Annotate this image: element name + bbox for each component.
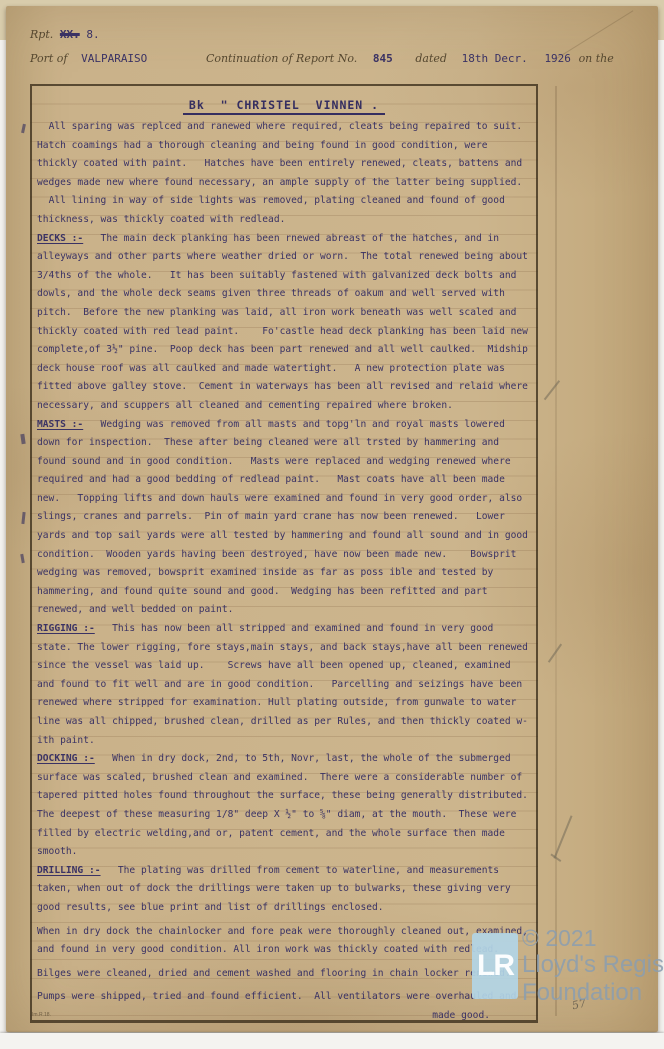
- rpt-struck-text: XX.: [60, 28, 80, 41]
- ink-mark: [21, 512, 25, 524]
- paper-crease: [555, 86, 557, 1016]
- paragraph-text: When in dry dock, 2nd, to 5th, Novr, las…: [37, 753, 538, 857]
- paragraph-text: Wedging was removed from all masts and t…: [37, 419, 534, 616]
- continuation-label: Continuation of Report No.: [206, 52, 357, 65]
- port-value: VALPARAISO: [81, 52, 147, 65]
- scanned-document: Rpt. XX. 8. Port of VALPARAISO Continuat…: [0, 0, 664, 1049]
- paragraph-text: This has now been all stripped and exami…: [37, 623, 534, 746]
- rpt-number: 8.: [86, 28, 99, 41]
- scan-bed-strip: [0, 1033, 664, 1049]
- rpt-label: Rpt.: [30, 28, 53, 41]
- report-box: Bk " CHRISTEL VINNEN . All sparing was r…: [30, 84, 538, 1023]
- paragraph-text: The plating was drilled from cement to w…: [37, 865, 516, 913]
- section-heading: DECKS :-: [37, 233, 83, 244]
- section-heading: DRILLING :-: [37, 865, 101, 876]
- section-heading: DOCKING :-: [37, 753, 95, 764]
- dated-label: dated: [415, 52, 447, 65]
- port-of-label: Port of: [30, 52, 67, 65]
- year-value: 1926: [544, 52, 571, 65]
- report-paragraph: All lining in way of side lights was rem…: [37, 192, 530, 229]
- ink-mark: [21, 124, 26, 133]
- paragraph-text: All sparing was replced and ranewed wher…: [37, 121, 522, 132]
- pencil-mark: [544, 380, 560, 400]
- vessel-title: Bk " CHRISTEL VINNEN .: [183, 98, 385, 115]
- footer-print-code: Im.R.18.: [32, 1012, 51, 1018]
- report-paragraph: RIGGING :- This has now been all strippe…: [37, 620, 530, 750]
- paragraph-text: Bilges were cleaned, dried and cement wa…: [37, 968, 511, 979]
- pencil-note: 57: [571, 997, 587, 1013]
- paragraph-text: All lining in way of side lights was rem…: [37, 195, 511, 225]
- paragraph-text: Pumps were shipped, tried and found effi…: [37, 991, 516, 1002]
- paragraph-text: When in dry dock the chainlocker and for…: [37, 926, 534, 956]
- report-paragraph: When in dry dock the chainlocker and for…: [37, 923, 530, 960]
- paragraph-text: The main deck planking has been rnewed a…: [37, 233, 534, 411]
- date-value: 18th Decr.: [462, 52, 528, 65]
- ink-mark: [20, 554, 25, 563]
- report-paragraph: Bilges were cleaned, dried and cement wa…: [37, 965, 530, 984]
- section-heading: RIGGING :-: [37, 623, 95, 634]
- report-reference-line: Rpt. XX. 8.: [30, 28, 590, 41]
- report-paragraph: Pumps were shipped, tried and found effi…: [37, 988, 530, 1007]
- report-number: 845: [373, 52, 393, 65]
- on-the-label: on the: [579, 52, 614, 65]
- vessel-title-row: Bk " CHRISTEL VINNEN .: [32, 94, 536, 115]
- report-paragraph: All sparing was replced and ranewed wher…: [37, 118, 530, 137]
- ink-mark: [20, 434, 25, 444]
- report-paragraph: DECKS :- The main deck planking has been…: [37, 230, 530, 416]
- closing-line: made good.: [32, 1007, 536, 1023]
- report-header: Rpt. XX. 8. Port of VALPARAISO Continuat…: [30, 28, 590, 65]
- report-paragraph: Hatch coamings had a thorough cleaning a…: [37, 137, 530, 193]
- document-page: Rpt. XX. 8. Port of VALPARAISO Continuat…: [6, 6, 658, 1032]
- port-and-report-line: Port of VALPARAISO Continuation of Repor…: [30, 52, 590, 65]
- report-body: All sparing was replced and ranewed wher…: [32, 115, 536, 1007]
- report-paragraph: DOCKING :- When in dry dock, 2nd, to 5th…: [37, 750, 530, 862]
- report-paragraph: DRILLING :- The plating was drilled from…: [37, 862, 530, 918]
- section-heading: MASTS :-: [37, 419, 83, 430]
- report-paragraph: MASTS :- Wedging was removed from all ma…: [37, 416, 530, 621]
- paragraph-text: Hatch coamings had a thorough cleaning a…: [37, 140, 528, 188]
